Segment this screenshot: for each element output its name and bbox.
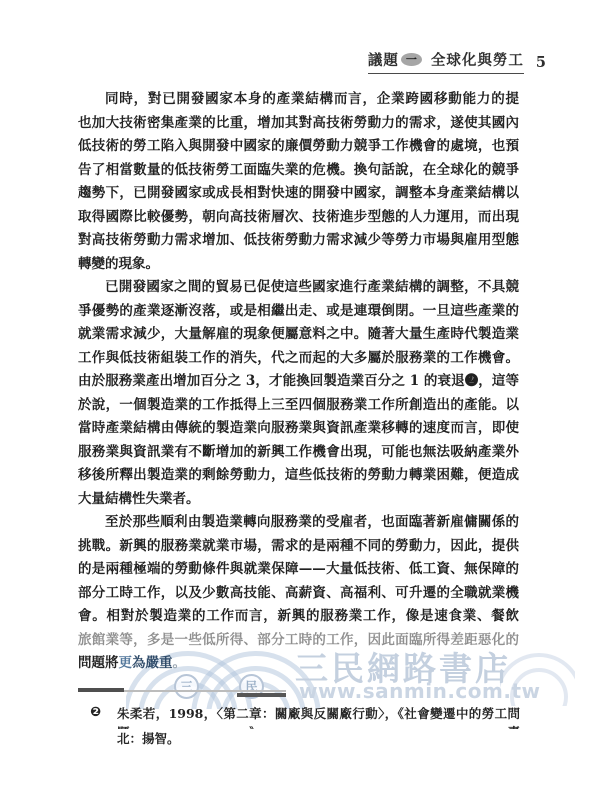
page-header: 議題 一 全球化與勞工 5 bbox=[368, 49, 547, 74]
footnote-separator-dark-left bbox=[78, 688, 124, 692]
body-line: 轉變的現象。 bbox=[78, 253, 519, 277]
body-line: 低技術的勞工陷入與開發中國家的廉價勞動力競爭工作機會的處境，也預 bbox=[78, 135, 519, 159]
footnote-line: 北：揚智。 bbox=[117, 729, 520, 754]
page-number: 5 bbox=[536, 54, 547, 74]
footnote-text: 朱柔若，1998，〈第二章：關廠與反關廠行動〉，《社會變遷中的勞工問題》，臺北：… bbox=[117, 704, 520, 754]
footnote: ❷ 朱柔若，1998，〈第二章：關廠與反關廠行動〉，《社會變遷中的勞工問題》，臺… bbox=[90, 704, 522, 754]
body-line: 挑戰。新興的服務業就業市場，需求的是兩種不同的勞動力，因此，提供 bbox=[78, 535, 519, 559]
body-line: 爭優勢的產業逐漸沒落，或是相繼出走、或是連環倒閉。一旦這些產業的 bbox=[78, 300, 519, 324]
header-title-group: 議題 一 全球化與勞工 bbox=[368, 49, 524, 74]
body-line: 工作與低技術組裝工作的消失，代之而起的大多屬於服務業的工作機會。 bbox=[78, 347, 519, 371]
body-line: 服務業與資訊業有不斷增加的新興工作機會出現，可能也無法吸納產業外 bbox=[78, 441, 519, 465]
body-line: 已開發國家之間的貿易已促使這些國家進行產業結構的調整，不具競 bbox=[78, 276, 519, 300]
body-line: 問題將更為嚴重。 bbox=[78, 652, 519, 676]
body-text: 同時，對已開發國家本身的產業結構而言，企業跨國移動能力的提升，也加大技術密集產業… bbox=[78, 88, 519, 676]
footnote-separator-dark-right bbox=[237, 693, 286, 697]
section-label: 議題 bbox=[368, 49, 399, 70]
body-line: 部分工時工作，以及少數高技能、高薪資、高福利、可升遷的全職就業機 bbox=[78, 582, 519, 606]
body-line: 同時，對已開發國家本身的產業結構而言，企業跨國移動能力的提升， bbox=[78, 88, 519, 112]
body-line: 會。相對於製造業的工作而言，新興的服務業工作，像是速食業、餐飲業、 bbox=[78, 605, 519, 629]
body-line: 移後所釋出製造業的剩餘勞動力，這些低技術的勞動力轉業困難，便造成 bbox=[78, 464, 519, 488]
section-number-badge: 一 bbox=[401, 53, 422, 66]
body-line: 也加大技術密集產業的比重，增加其對高技術勞動力的需求，遂使其國內 bbox=[78, 112, 519, 136]
body-line: 當時產業結構由傳統的製造業向服務業與資訊產業移轉的速度而言，即使 bbox=[78, 417, 519, 441]
body-line: 由於服務業產出增加百分之 3，才能換回製造業百分之 1 的衰退❷，這等 bbox=[78, 370, 519, 394]
watermark-url: www.sanmin.com.tw bbox=[299, 679, 541, 703]
body-line: 對高技術勞動力需求增加、低技術勞動力需求減少等勞力市場與雇用型態 bbox=[78, 229, 519, 253]
footnote-marker: ❷ bbox=[90, 705, 101, 720]
body-line: 旅館業等，多是一些低所得、部分工時的工作，因此面臨所得差距惡化的 bbox=[78, 629, 519, 653]
body-line: 於說，一個製造業的工作抵得上三至四個服務業工作所創造出的產能。以 bbox=[78, 394, 519, 418]
header-title: 全球化與勞工 bbox=[431, 49, 524, 70]
body-line: 大量結構性失業者。 bbox=[78, 488, 519, 512]
body-line: 的是兩種極端的勞動條件與就業保障——大量低技術、低工資、無保障的 bbox=[78, 558, 519, 582]
watermark-logo-char: 三 bbox=[174, 674, 199, 699]
book-page: 議題 一 全球化與勞工 5 三 民 三民網路書店 www.sanmin.com.… bbox=[0, 0, 593, 800]
footnote-line: 朱柔若，1998，〈第二章：關廠與反關廠行動〉，《社會變遷中的勞工問題》，臺 bbox=[117, 704, 520, 729]
body-line: 至於那些順利由製造業轉向服務業的受雇者，也面臨著新雇傭關係的 bbox=[78, 511, 519, 535]
body-line: 就業需求減少，大量解雇的現象便屬意料之中。隨著大量生產時代製造業 bbox=[78, 323, 519, 347]
body-line: 告了相當數量的低技術勞工面臨失業的危機。換句話說，在全球化的競爭 bbox=[78, 159, 519, 183]
body-line: 趨勢下，已開發國家或成長相對快速的開發中國家，調整本身產業結構以 bbox=[78, 182, 519, 206]
body-line: 取得國際比較優勢，朝向高技術層次、技術進步型態的人力運用，而出現 bbox=[78, 206, 519, 230]
